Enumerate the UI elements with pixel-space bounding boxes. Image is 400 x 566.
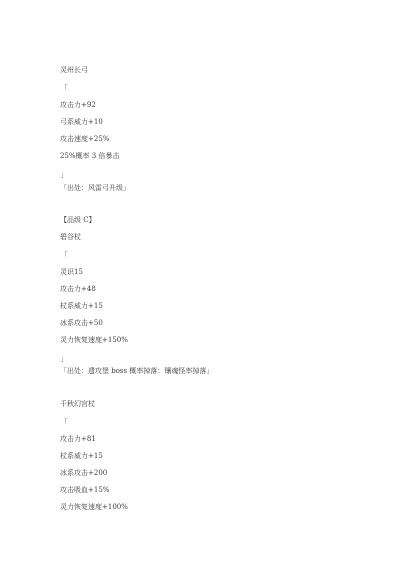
text-line: 」 bbox=[60, 170, 68, 179]
text-line: 攻击力+81 bbox=[60, 435, 96, 444]
text-line: 攻击吸血+15% bbox=[60, 486, 109, 495]
text-line: 杖系威力+15 bbox=[60, 452, 103, 461]
text-line: 「出处：遗攻堡 boss 概率掉落：镶魂怪率掉落」 bbox=[60, 367, 213, 376]
text-line: 攻击速度+25% bbox=[60, 135, 109, 144]
text-line: 千秋幻宫杖 bbox=[60, 400, 95, 409]
text-line: 弓系威力+10 bbox=[60, 118, 103, 127]
text-line: 「出处：风雷弓升级」 bbox=[60, 184, 130, 193]
text-line: 冰系攻击+200 bbox=[60, 469, 107, 478]
text-line: 【品级 C】 bbox=[60, 216, 96, 225]
text-line: 碧谷杖 bbox=[60, 233, 81, 242]
text-line: 「 bbox=[60, 84, 68, 93]
text-line: 杖系威力+15 bbox=[60, 302, 103, 311]
text-line: 灵力恢复速度+150% bbox=[60, 336, 128, 345]
text-line: 25%概率 3 倍暴击 bbox=[60, 152, 119, 161]
text-line: 「 bbox=[60, 251, 68, 260]
text-line: 」 bbox=[60, 354, 68, 363]
text-line: 灵州长弓 bbox=[60, 66, 88, 75]
text-line: 「 bbox=[60, 418, 68, 427]
text-line: 灵识15 bbox=[60, 268, 83, 277]
text-line: 攻击力+48 bbox=[60, 285, 96, 294]
text-line: 灵力恢复速度+100% bbox=[60, 503, 128, 512]
text-line: 冰系攻击+50 bbox=[60, 319, 103, 328]
text-line: 攻击力+92 bbox=[60, 101, 96, 110]
